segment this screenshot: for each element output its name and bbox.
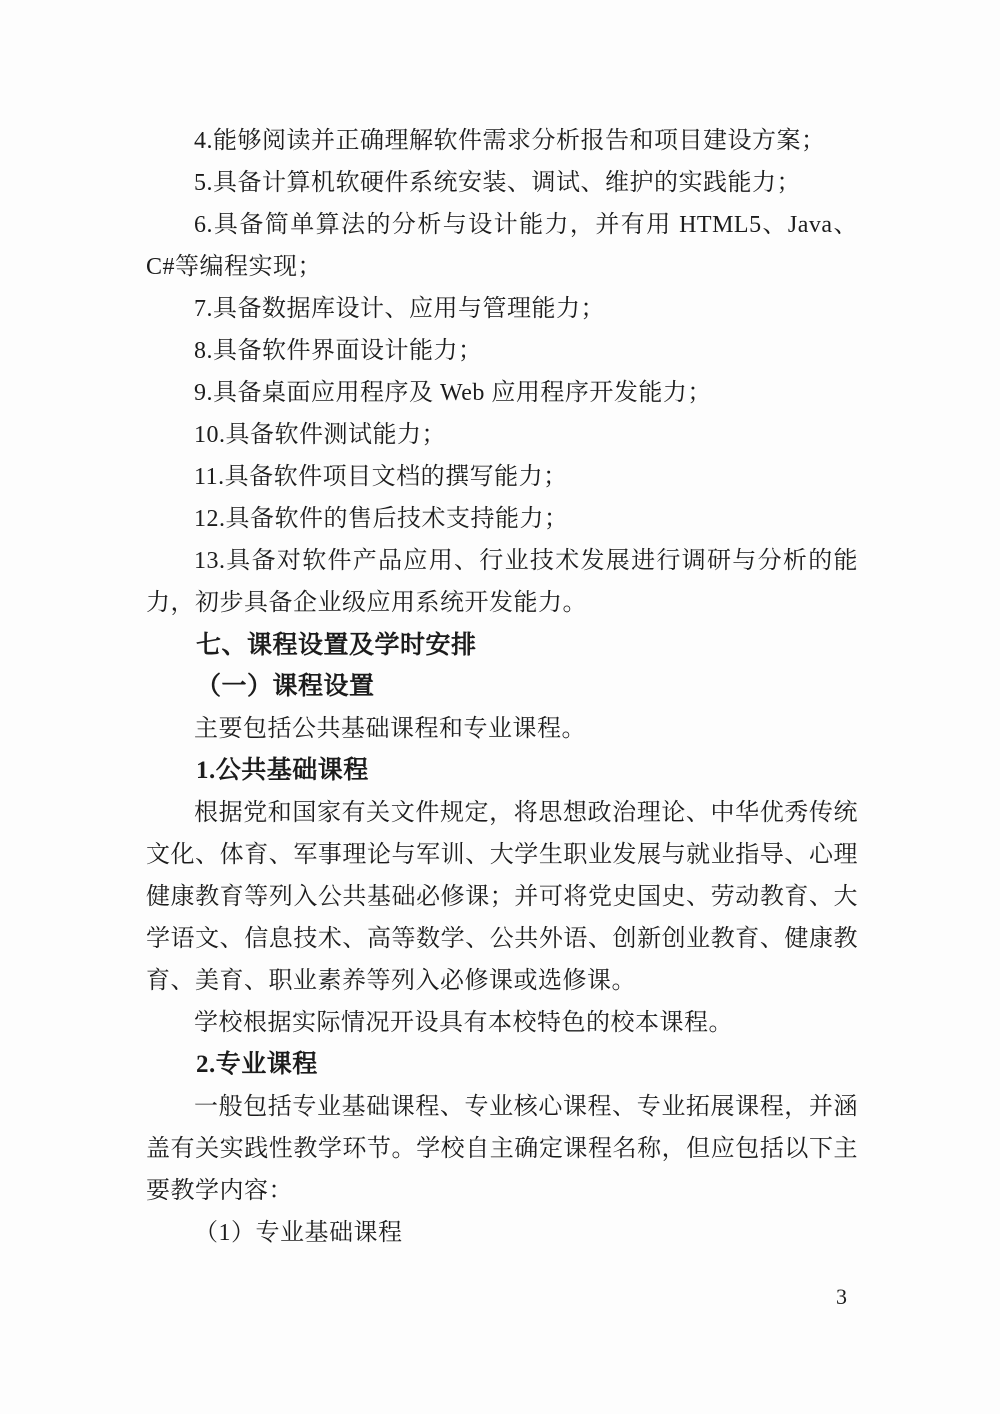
heading-sub: （一）课程设置 bbox=[146, 666, 858, 708]
paragraph: 13.具备对软件产品应用、行业技术发展进行调研与分析的能力，初步具备企业级应用系… bbox=[146, 540, 858, 624]
paragraph: 5.具备计算机软硬件系统安装、调试、维护的实践能力； bbox=[146, 162, 858, 204]
paragraph: 8.具备软件界面设计能力； bbox=[146, 330, 858, 372]
heading-item: 1.公共基础课程 bbox=[146, 750, 858, 792]
page-number: 3 bbox=[836, 1282, 847, 1312]
paragraph: 一般包括专业基础课程、专业核心课程、专业拓展课程，并涵盖有关实践性教学环节。学校… bbox=[146, 1086, 858, 1212]
paragraph: 主要包括公共基础课程和专业课程。 bbox=[146, 708, 858, 750]
paragraph: 7.具备数据库设计、应用与管理能力； bbox=[146, 288, 858, 330]
paragraph: 12.具备软件的售后技术支持能力； bbox=[146, 498, 858, 540]
paragraph: 根据党和国家有关文件规定，将思想政治理论、中华优秀传统文化、体育、军事理论与军训… bbox=[146, 792, 858, 1002]
document-page: 4.能够阅读并正确理解软件需求分析报告和项目建设方案；5.具备计算机软硬件系统安… bbox=[0, 0, 1000, 1414]
paragraph: 9.具备桌面应用程序及 Web 应用程序开发能力； bbox=[146, 372, 858, 414]
paragraph: 4.能够阅读并正确理解软件需求分析报告和项目建设方案； bbox=[146, 120, 858, 162]
paragraph: 6.具备简单算法的分析与设计能力，并有用 HTML5、Java、C#等编程实现； bbox=[146, 204, 858, 288]
paragraph: （1）专业基础课程 bbox=[146, 1212, 858, 1254]
document-body: 4.能够阅读并正确理解软件需求分析报告和项目建设方案；5.具备计算机软硬件系统安… bbox=[146, 120, 858, 1254]
heading-item: 2.专业课程 bbox=[146, 1044, 858, 1086]
paragraph: 10.具备软件测试能力； bbox=[146, 414, 858, 456]
paragraph: 11.具备软件项目文档的撰写能力； bbox=[146, 456, 858, 498]
paragraph: 学校根据实际情况开设具有本校特色的校本课程。 bbox=[146, 1002, 858, 1044]
heading-section: 七、课程设置及学时安排 bbox=[146, 624, 858, 666]
